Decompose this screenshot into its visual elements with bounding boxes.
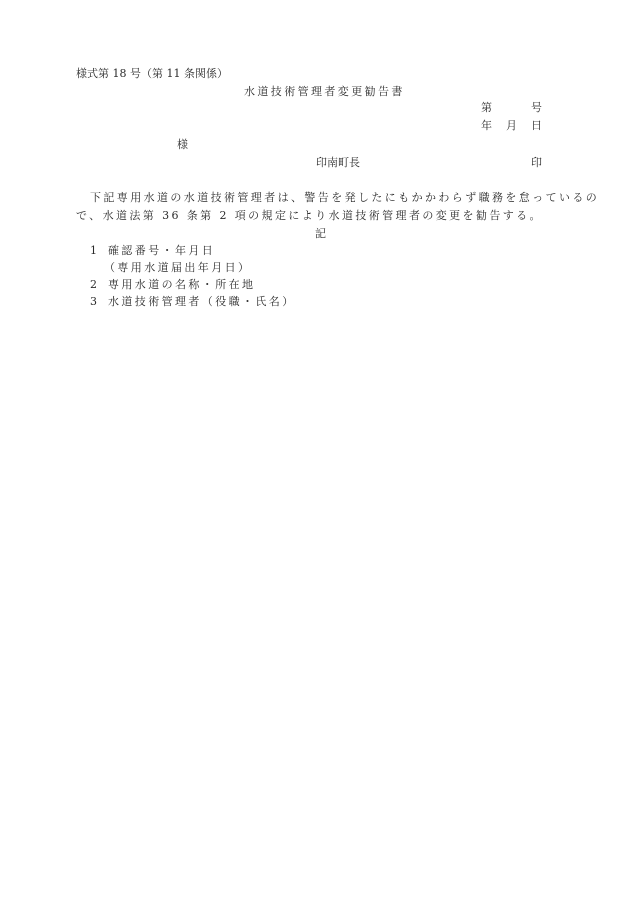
body-text-line-1: 下記専用水道の水道技術管理者は、警告を発したにもかかわらず職務を怠っているの bbox=[90, 191, 599, 205]
note-heading: 記 bbox=[315, 227, 326, 241]
item-text: （専用水道届出年月日） bbox=[104, 261, 251, 275]
item-number: 2 bbox=[90, 278, 97, 292]
item-text: 専用水道の名称・所在地 bbox=[108, 278, 255, 292]
date-month: 月 bbox=[506, 119, 517, 133]
body-text-line-2: で、水道法第 36 条第 2 項の規定により水道技術管理者の変更を勧告する。 bbox=[76, 209, 543, 223]
item-text: 確認番号・年月日 bbox=[108, 244, 215, 258]
doc-no-suffix: 号 bbox=[531, 101, 542, 115]
document-title: 水道技術管理者変更勧告書 bbox=[244, 85, 405, 99]
doc-no-prefix: 第 bbox=[481, 101, 492, 115]
item-number: 1 bbox=[90, 244, 97, 258]
issuer-name: 印南町長 bbox=[316, 156, 360, 170]
item-text: 水道技術管理者（役職・氏名） bbox=[108, 295, 296, 309]
addressee-suffix: 様 bbox=[177, 138, 188, 152]
form-number: 様式第 18 号（第 11 条関係） bbox=[76, 67, 228, 81]
seal-mark: 印 bbox=[531, 156, 542, 170]
date-year: 年 bbox=[481, 119, 492, 133]
item-number: 3 bbox=[90, 295, 97, 309]
date-day: 日 bbox=[531, 119, 542, 133]
